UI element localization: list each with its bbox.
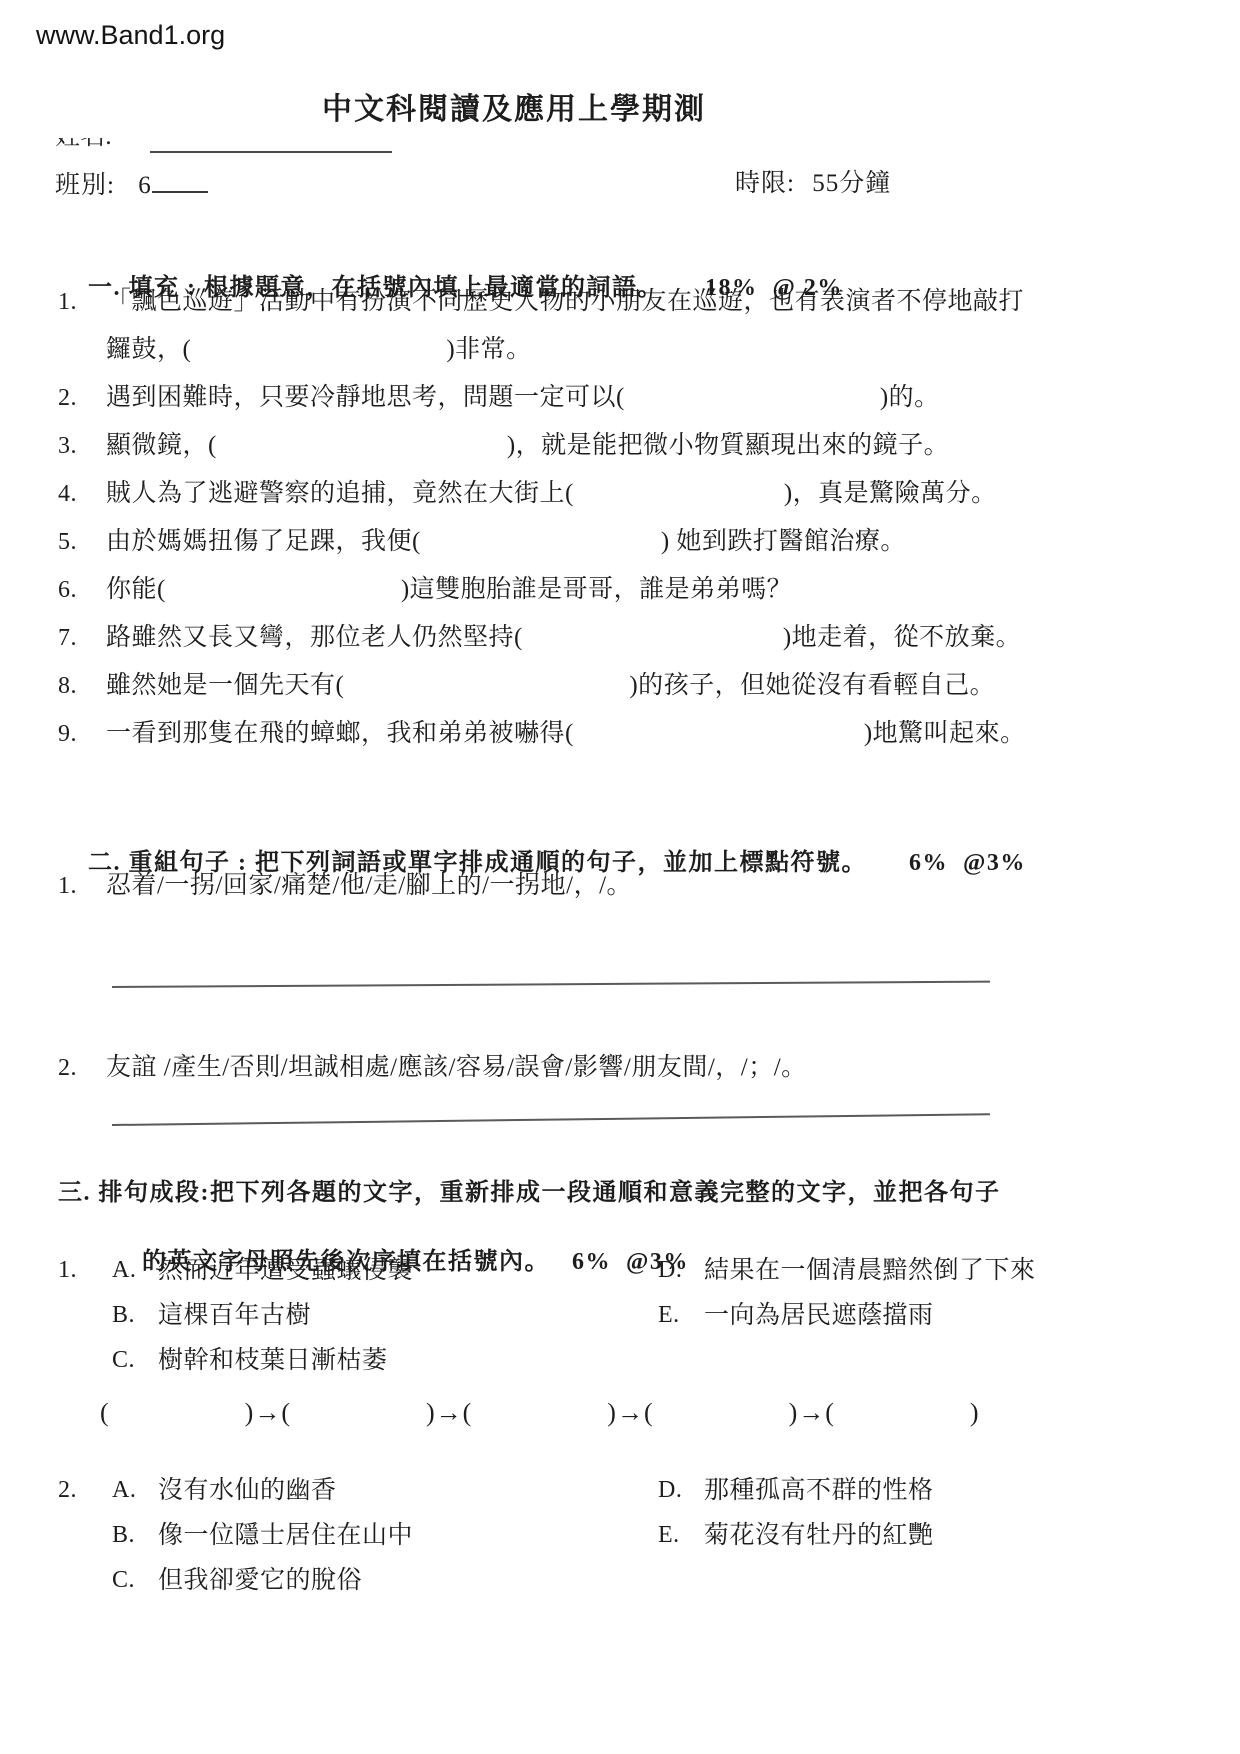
class-label: 班別: [55, 172, 115, 199]
item-text: 鑼鼓，()非常。 [106, 326, 1218, 374]
item-number: 4. [58, 470, 77, 518]
option-text: 結果在一個清晨黯然倒了下來 [704, 1248, 1036, 1293]
option-text: 樹幹和枝葉日漸枯萎 [158, 1338, 388, 1383]
class-value: 6 [138, 172, 152, 199]
item-number: 1. [58, 1248, 77, 1293]
option-text: 這棵百年古樹 [158, 1293, 311, 1338]
option-row: 2. A. 沒有水仙的幽香 D. 那種孤高不群的性格 [58, 1468, 1198, 1513]
option-letter: E. [658, 1293, 680, 1338]
item-text: 由於媽媽扭傷了足踝，我便() 她到跌打醫館治療。 [106, 518, 1218, 566]
time-label: 時限: [735, 170, 795, 197]
fill-item-6: 6. 你能()這雙胞胎誰是哥哥，誰是弟弟嗎？ [58, 566, 1218, 614]
item-text: 遇到困難時，只要冷靜地思考，問題一定可以()的。 [106, 374, 1218, 422]
fill-item-5: 5. 由於媽媽扭傷了足踝，我便() 她到跌打醫館治療。 [58, 518, 1218, 566]
item-number: 3. [58, 422, 77, 470]
item-number: 1. [58, 862, 77, 910]
fill-item-8: 8. 雖然她是一個先天有()的孩子，但她從沒有看輕自己。 [58, 662, 1218, 710]
time-limit: 時限: 55分鐘 [735, 163, 891, 199]
item-text: 賊人為了逃避警察的追捕，竟然在大街上()，真是驚險萬分。 [106, 470, 1218, 518]
option-letter: E. [658, 1513, 680, 1558]
arrange-item-1: 1. A. 然而近年遭受蟲蟻侵襲 D. 結果在一個清晨黯然倒了下來 B. 這棵百… [58, 1248, 1198, 1383]
option-letter: B. [112, 1513, 135, 1558]
option-row: C. 但我卻愛它的脫俗 [58, 1558, 1198, 1603]
item-number: 2. [58, 374, 77, 422]
item-number: 6. [58, 566, 77, 614]
item-number: 2. [58, 1044, 77, 1092]
option-text: 沒有水仙的幽香 [158, 1468, 337, 1513]
arrange-item-2: 2. A. 沒有水仙的幽香 D. 那種孤高不群的性格 B. 像一位隱士居住在山中… [58, 1468, 1198, 1603]
option-row: C. 樹幹和枝葉日漸枯萎 [58, 1338, 1198, 1383]
option-letter: C. [112, 1558, 135, 1603]
item-number: 1. [58, 278, 77, 326]
item-text: 雖然她是一個先天有()的孩子，但她從沒有看輕自己。 [106, 662, 1218, 710]
option-text: 但我卻愛它的脫俗 [158, 1558, 362, 1603]
reorder-item-2: 2. 友誼 /產生/否則/坦誠相處/應該/容易/誤會/影響/朋友間/，/；/。 [58, 1044, 1240, 1092]
class-blank [152, 168, 208, 193]
fill-item-3: 3. 顯微鏡，()，就是能把微小物質顯現出來的鏡子。 [58, 422, 1218, 470]
item-number: 7. [58, 614, 77, 662]
item-text: 「飄色巡遊」活動中有扮演不同歷史人物的小朋友在巡遊，也有表演者不停地敲打 [106, 278, 1218, 326]
item-text: 顯微鏡，()，就是能把微小物質顯現出來的鏡子。 [106, 422, 1218, 470]
item-number: 9. [58, 710, 77, 758]
answer-sequence-row: ( )→( )→( )→( )→( ) [100, 1392, 980, 1429]
option-letter: A. [112, 1248, 136, 1293]
option-letter: D. [658, 1248, 682, 1293]
option-text: 像一位隱士居住在山中 [158, 1513, 413, 1558]
section3-heading-line1: 三. 排句成段:把下列各題的文字，重新排成一段通順和意義完整的文字，並把各句子 [58, 1172, 1001, 1207]
option-text: 一向為居民遮蔭擋雨 [704, 1293, 934, 1338]
item-number: 2. [58, 1468, 77, 1513]
time-value: 55分鐘 [812, 170, 891, 197]
option-letter: A. [112, 1468, 136, 1513]
fill-item-9: 9. 一看到那隻在飛的蟑螂，我和弟弟被嚇得()地驚叫起來。 [58, 710, 1218, 758]
reorder-item-1: 1. 忍着/一拐/回家/痛楚/他/走/腳上的/一拐地/，/。 [58, 862, 1240, 910]
item-text: 友誼 /產生/否則/坦誠相處/應該/容易/誤會/影響/朋友間/，/；/。 [106, 1054, 807, 1081]
name-label: 姓名: [55, 138, 125, 151]
section1-items: 1. 「飄色巡遊」活動中有扮演不同歷史人物的小朋友在巡遊，也有表演者不停地敲打 … [58, 278, 1218, 758]
class-row: 班別: 6 [55, 165, 208, 201]
option-text: 菊花沒有牡丹的紅艷 [704, 1513, 934, 1558]
option-text: 那種孤高不群的性格 [704, 1468, 934, 1513]
answer-line-2 [112, 1113, 990, 1126]
item-text: 一看到那隻在飛的蟑螂，我和弟弟被嚇得()地驚叫起來。 [106, 710, 1218, 758]
item-text: 路雖然又長又彎，那位老人仍然堅持()地走着，從不放棄。 [106, 614, 1218, 662]
fill-item-2: 2. 遇到困難時，只要冷靜地思考，問題一定可以()的。 [58, 374, 1218, 422]
item-text: 你能()這雙胞胎誰是哥哥，誰是弟弟嗎？ [106, 566, 1218, 614]
name-blank [150, 151, 392, 153]
answer-line-1 [112, 981, 990, 988]
fill-item-7: 7. 路雖然又長又彎，那位老人仍然堅持()地走着，從不放棄。 [58, 614, 1218, 662]
site-watermark: www.Band1.org [36, 20, 225, 51]
option-letter: D. [658, 1468, 682, 1513]
item-number: 5. [58, 518, 77, 566]
option-row: B. 這棵百年古樹 E. 一向為居民遮蔭擋雨 [58, 1293, 1198, 1338]
option-text: 然而近年遭受蟲蟻侵襲 [158, 1248, 413, 1293]
option-letter: C. [112, 1338, 135, 1383]
page-title: 中文科閱讀及應用上學期測 [322, 84, 706, 128]
fill-item-1: 1. 「飄色巡遊」活動中有扮演不同歷史人物的小朋友在巡遊，也有表演者不停地敲打 … [58, 278, 1218, 374]
option-row: 1. A. 然而近年遭受蟲蟻侵襲 D. 結果在一個清晨黯然倒了下來 [58, 1248, 1198, 1293]
item-number: 8. [58, 662, 77, 710]
item-text: 忍着/一拐/回家/痛楚/他/走/腳上的/一拐地/，/。 [106, 872, 632, 899]
option-letter: B. [112, 1293, 135, 1338]
exam-page: www.Band1.org 中文科閱讀及應用上學期測 姓名: 班別: 6 時限:… [0, 0, 1240, 1754]
option-row: B. 像一位隱士居住在山中 E. 菊花沒有牡丹的紅艷 [58, 1513, 1198, 1558]
fill-item-4: 4. 賊人為了逃避警察的追捕，竟然在大街上()，真是驚險萬分。 [58, 470, 1218, 518]
